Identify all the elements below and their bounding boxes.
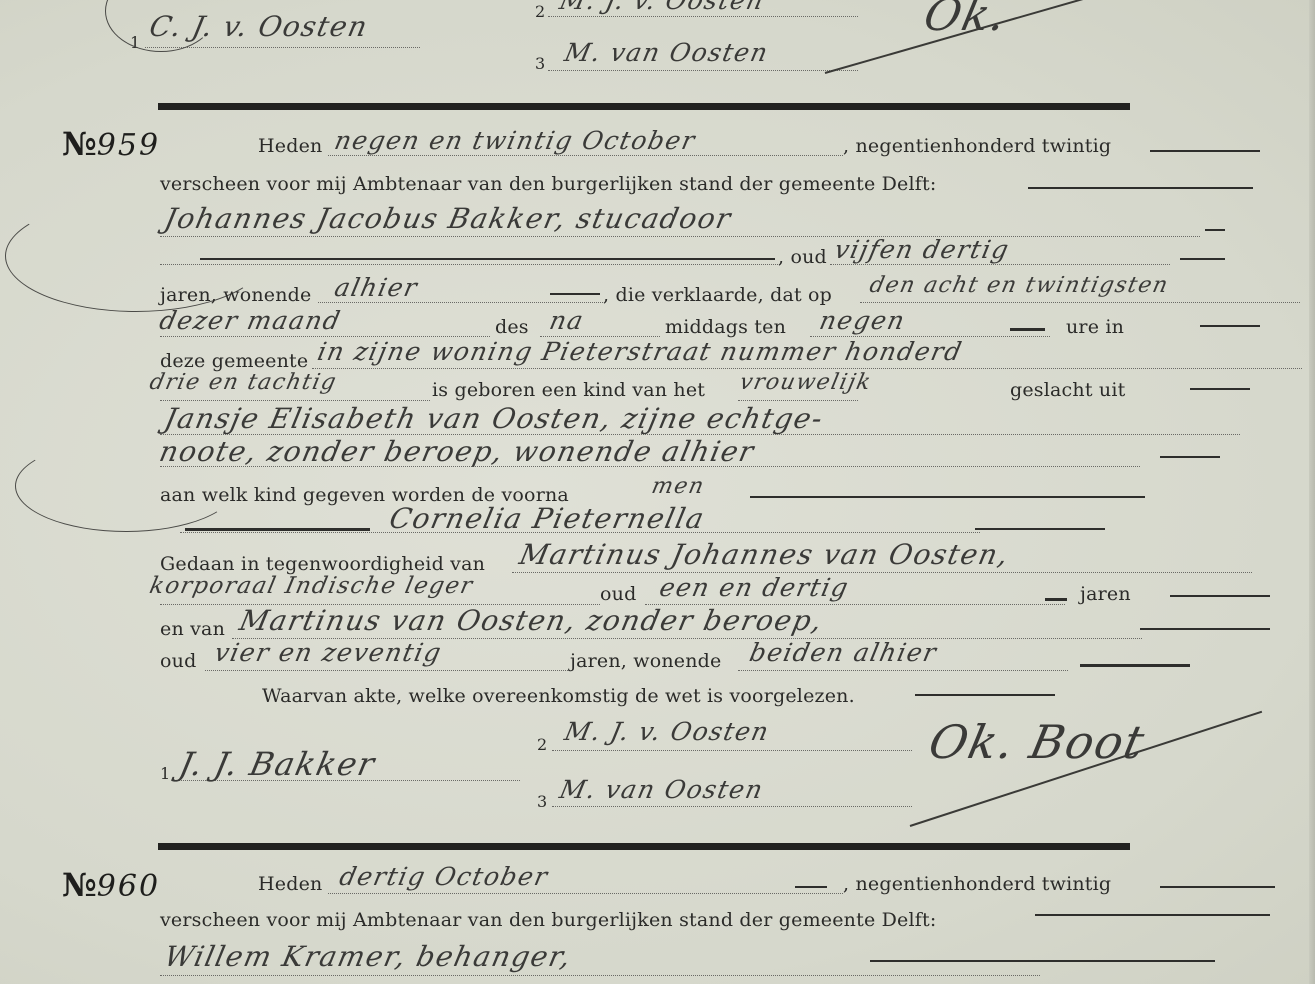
- mother-name: Jansje Elisabeth van Oosten, zijne echtg…: [161, 402, 826, 435]
- filler-rule: [1190, 388, 1250, 390]
- filler-rule: [795, 886, 827, 888]
- label-des: des: [495, 316, 529, 338]
- filler-rule: [1010, 328, 1045, 331]
- label-en-van: en van: [160, 618, 225, 640]
- signature-index: 2: [535, 2, 545, 21]
- record-number: №959: [62, 125, 160, 163]
- record-number-value: 959: [97, 128, 160, 163]
- fill-line: [160, 264, 780, 265]
- fill-line: [738, 670, 1068, 671]
- filler-rule: [1180, 258, 1225, 260]
- label-appearance: verscheen voor mij Ambtenaar van den bur…: [160, 909, 936, 931]
- label-wonende: jaren, wonende: [570, 650, 722, 672]
- signature-line: [548, 70, 858, 71]
- entry-separator: [158, 103, 1130, 110]
- filler-rule: [1140, 628, 1270, 630]
- filler-rule: [1035, 914, 1270, 916]
- record-number: №960: [62, 866, 160, 904]
- fill-line: [312, 368, 1302, 369]
- filler-rule: [870, 960, 1215, 962]
- fill-line: [328, 155, 843, 156]
- label-gemeente: deze gemeente: [160, 350, 308, 372]
- fill-line: [318, 302, 603, 303]
- label-oud: oud: [160, 650, 196, 672]
- witness-1-age: een en dertig: [657, 573, 852, 602]
- filler-rule: [1205, 229, 1225, 231]
- label-geslacht: geslacht uit: [1010, 379, 1125, 401]
- filler-rule: [1170, 595, 1270, 597]
- fill-line: [160, 975, 1040, 976]
- declarant-name-occupation: Willem Kramer, behanger,: [161, 940, 574, 973]
- child-sex: vrouwelijk: [737, 370, 874, 395]
- label-heden: Heden: [258, 135, 322, 157]
- signature-flourish: [105, 0, 217, 52]
- filler-rule: [1150, 150, 1260, 152]
- filler-rule: [550, 293, 600, 295]
- signature-line: [552, 806, 912, 807]
- filler-rule: [1200, 325, 1260, 327]
- filler-rule: [200, 258, 775, 260]
- fill-line: [160, 400, 430, 401]
- entry-separator: [158, 843, 1130, 850]
- fill-line: [160, 236, 1200, 237]
- signature-index: 3: [535, 54, 545, 73]
- witness-1-name: Martinus Johannes van Oosten,: [516, 538, 1012, 571]
- label-wonende: jaren, wonende: [160, 284, 312, 306]
- filler-rule: [1160, 456, 1220, 458]
- label-appearance: verscheen voor mij Ambtenaar van den bur…: [160, 173, 936, 195]
- signature-index: 1: [160, 764, 170, 783]
- filler-rule: [915, 694, 1055, 696]
- filler-rule: [1028, 187, 1253, 189]
- record-number-value: 960: [97, 869, 160, 904]
- filler-rule: [1160, 886, 1275, 888]
- fill-line: [830, 264, 1170, 265]
- closing-statement: Waarvan akte, welke overeenkomstig de we…: [262, 685, 855, 707]
- registration-date: dertig October: [337, 862, 551, 891]
- declarant-residence: alhier: [332, 273, 421, 302]
- page-edge: [1309, 0, 1315, 984]
- label-heden: Heden: [258, 873, 322, 895]
- label-geboren: is geboren een kind van het: [432, 379, 705, 401]
- birth-month: dezer maand: [157, 306, 344, 335]
- witness-2-name-occupation: Martinus van Oosten, zonder beroep,: [236, 604, 826, 637]
- filler-rule: [975, 528, 1105, 530]
- declarant-age: vijfen dertig: [832, 235, 1012, 264]
- label-year: , negentienhonderd twintig: [843, 135, 1111, 157]
- signature-3: M. van Oosten: [562, 38, 772, 67]
- label-jaren: jaren: [1080, 583, 1131, 605]
- time-of-day: na: [547, 306, 587, 335]
- official-signature: Ok.: [920, 0, 1012, 41]
- witness-2-age: vier en zeventig: [212, 638, 445, 667]
- fill-line: [328, 893, 843, 894]
- fill-line: [512, 572, 1252, 573]
- label-tegenwoordigheid: Gedaan in tegenwoordigheid van: [160, 553, 485, 575]
- signature-witness-1: M. J. v. Oosten: [562, 717, 773, 746]
- fill-line: [738, 400, 858, 401]
- child-given-names: Cornelia Pieternella: [386, 502, 708, 535]
- register-page: 1 C. J. v. Oosten 2 M. J. v. Oosten 3 M.…: [0, 0, 1315, 984]
- signature-line: [552, 750, 912, 751]
- label-year: , negentienhonderd twintig: [843, 873, 1111, 895]
- number-sign: №: [62, 866, 97, 904]
- filler-rule: [1045, 598, 1067, 601]
- signature-declarant: J. J. Bakker: [176, 745, 379, 783]
- birth-day: den acht en twintigsten: [867, 273, 1171, 298]
- label-ure-in: ure in: [1066, 316, 1124, 338]
- birth-hour: negen: [817, 306, 908, 335]
- registration-date: negen en twintig October: [332, 126, 699, 155]
- signature-witness-2: M. van Oosten: [557, 775, 767, 804]
- filler-rule: [1080, 664, 1190, 667]
- voornamen-suffix: men: [649, 474, 707, 499]
- fill-line: [860, 302, 1300, 303]
- mother-occupation-residence: noote, zonder beroep, wonende alhier: [156, 435, 757, 468]
- signature-index: 2: [537, 735, 547, 754]
- witness-1-occupation: korporaal Indische leger: [147, 573, 476, 599]
- signature-2: M. J. v. Oosten: [557, 0, 768, 15]
- birth-place-continued: drie en tachtig: [147, 370, 339, 395]
- number-sign: №: [62, 125, 97, 163]
- label-oud: oud: [600, 583, 636, 605]
- signature-index: 3: [537, 792, 547, 811]
- fill-line: [205, 670, 570, 671]
- filler-rule: [185, 528, 370, 531]
- official-signature: Ok. Boot: [924, 715, 1150, 769]
- signature-line: [548, 16, 858, 17]
- label-oud: , oud: [778, 246, 827, 268]
- witnesses-residence: beiden alhier: [747, 638, 940, 667]
- label-verklaarde: , die verklaarde, dat op: [603, 284, 832, 306]
- birth-place: in zijne woning Pieterstraat nummer hond…: [315, 337, 965, 366]
- filler-rule: [750, 496, 1145, 498]
- label-middags: middags ten: [665, 316, 786, 338]
